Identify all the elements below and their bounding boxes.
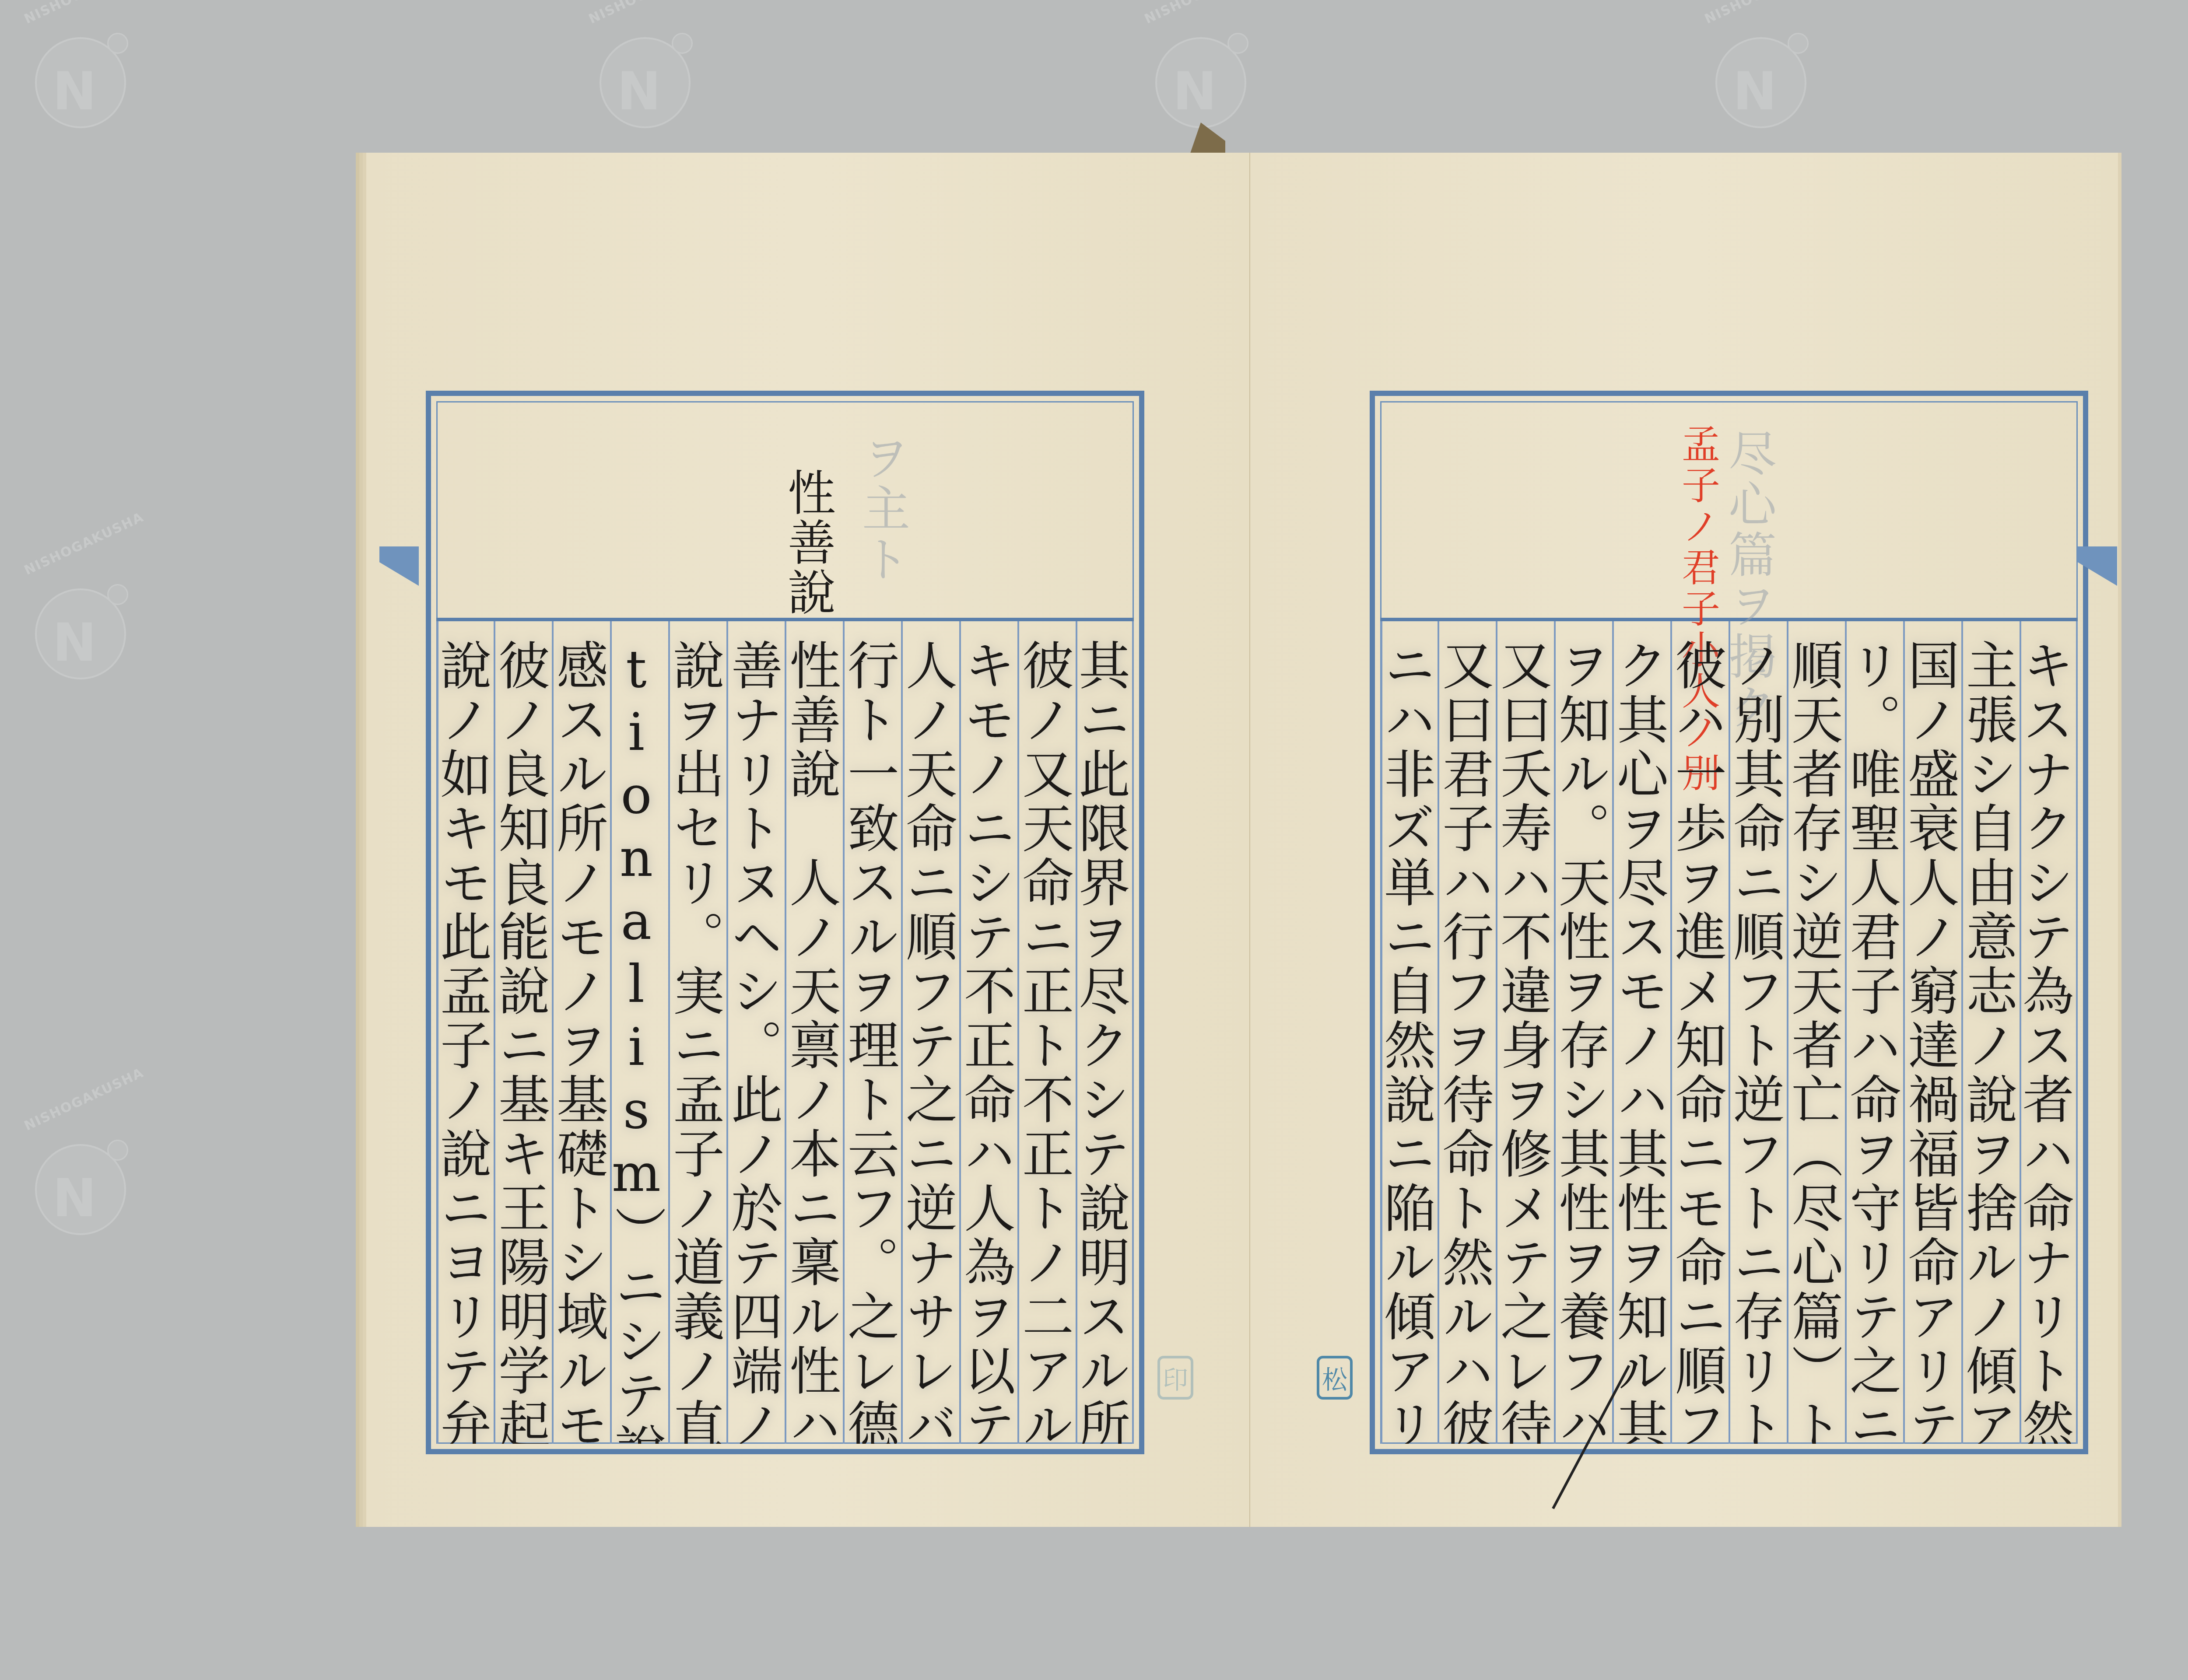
text-column: ニハ非ズ単ニ自然說ニ陥ル傾アリ。漠然トシテ孔直 [1381, 621, 1438, 1444]
right-text-columns: キスナクシテ為ス者ハ命ナリト然レバ孟子ガ必然說ヲ 主張シ自由意志ノ說ヲ捨ルノ傾ア… [1380, 621, 2078, 1444]
text-column: 行ト一致スルヲ理ト云フ。之レ德行ノ極ナリ。 [843, 621, 901, 1444]
text-column: tionalism）ニシテ說明的ナラズ故ニ直ニ心性ノ上ニ [610, 621, 668, 1444]
text-column: 說ノ如キモ此孟子ノ說ニヨリテ弁明セリ。 [437, 621, 494, 1444]
text-column: 人ノ天命ニ順フテ之ニ逆ナサレバ終ニ天地ト冥合シテ其運 [901, 621, 959, 1444]
text-column: 彼ノ良知良能說ニ基キ王陽明学起リ其格物 [494, 621, 552, 1444]
left-text-columns: 其ニ此限界ヲ尽クシテ說明スル所ナシ 彼ノ又天命ニ正ト不正トノ二アルイヲ云ヘリ。正… [436, 621, 1134, 1444]
text-column: リ。唯聖人君子ハ命ヲ守リテ之ニ従フ。故ニ孟子曰 [1845, 621, 1903, 1444]
text-column: 說ヲ出セリ。実ニ孟子ノ道義ノ直覚教（Intui- [668, 621, 726, 1444]
text-column: ヲ知ル。天性ヲ存シ其性ヲ養フハ天ニ事フル所以ナリト。 [1554, 621, 1612, 1444]
text-column: 其ニ此限界ヲ尽クシテ說明スル所ナシ [1076, 621, 1134, 1444]
right-page: 尽心篇ヲ掲ク 孟子ノ君子小人ノ別 キスナクシテ為ス者ハ命ナリト然レバ孟子ガ必然說… [1250, 153, 2118, 1527]
watermark-logo: NISHOGAKUSHA N [582, 13, 696, 127]
open-book: ヲ主ト 性善說 其ニ此限界ヲ尽クシテ說明スル所ナシ 彼ノ又天命ニ正ト不正トノ二ア… [366, 153, 2118, 1527]
torn-paper-fragment [1190, 122, 1225, 153]
text-column: 主張シ自由意志ノ說ヲ捨ルノ傾アルハ猶孔子ト同ジ。 [1961, 621, 2020, 1444]
left-header-title: 性善說 [773, 468, 842, 617]
text-column: キスナクシテ為ス者ハ命ナリト然レバ孟子ガ必然說ヲ [2020, 621, 2078, 1444]
left-fishtail-mark [379, 546, 419, 586]
text-column: 彼ノ又天命ニ正ト不正トノ二アルイヲ云ヘリ。正命ハ避ケ難 [1017, 621, 1076, 1444]
text-column: キモノニシテ不正命ハ人為ヲ以テ避ルヽヲ得ベキ者ナリ。 [959, 621, 1017, 1444]
text-column: 順天者存シ逆天者亡（尽心篇）ト然レバ彼レハ君子小人 [1787, 621, 1845, 1444]
text-column: 性善說 人ノ天禀ノ本ニ稟ル性ハ善ナリトス。情モ [785, 621, 843, 1444]
text-column: ク其心ヲ尽スモノハ其性ヲ知ル其性ヲ知レバ天 [1612, 621, 1670, 1444]
watermark-logo: NISHOGAKUSHA N [18, 13, 131, 127]
right-seal-stamp: 松 [1317, 1356, 1353, 1400]
watermark-logo: NISHOGAKUSHA N [1138, 13, 1252, 127]
watermark-logo: NISHOGAKUSHA N [18, 564, 131, 678]
text-column: 又曰君子ハ行フヲ待命ト然ルハ彼レハ人ノ力ヲ棄ツル [1438, 621, 1496, 1444]
text-column: 感スル所ノモノヲ基礎トシ域ルモノナリ。 [552, 621, 610, 1444]
watermark-logo: NISHOGAKUSHA N [18, 1120, 131, 1234]
text-column: ノ別其命ニ順フト逆フトニ存リトセルナリ。 [1729, 621, 1787, 1444]
watermark-logo: NISHOGAKUSHA N [1698, 13, 1812, 127]
text-column: 又曰夭寿ハ不違身ヲ修メテ之レ待ツ（已上二尽心篇） [1496, 621, 1554, 1444]
text-column: 善ナリトヌヘシ。此ノ於テ四端ノ義ヲ主トシテ良心ノ [726, 621, 785, 1444]
left-header-ghost-text: ヲ主ト [848, 433, 917, 585]
text-column: 彼ハ一歩ヲ進メ知命ニモ命ニ順フヲ得ベキカヲ說キ曰 [1670, 621, 1729, 1444]
text-column: 国ノ盛衰人ノ窮達禍福皆命アリテ之ヲ制スルモ [1903, 621, 1961, 1444]
left-seal-stamp: 印 [1157, 1356, 1193, 1400]
left-page: ヲ主ト 性善說 其ニ此限界ヲ尽クシテ說明スル所ナシ 彼ノ又天命ニ正ト不正トノ二ア… [366, 153, 1250, 1527]
